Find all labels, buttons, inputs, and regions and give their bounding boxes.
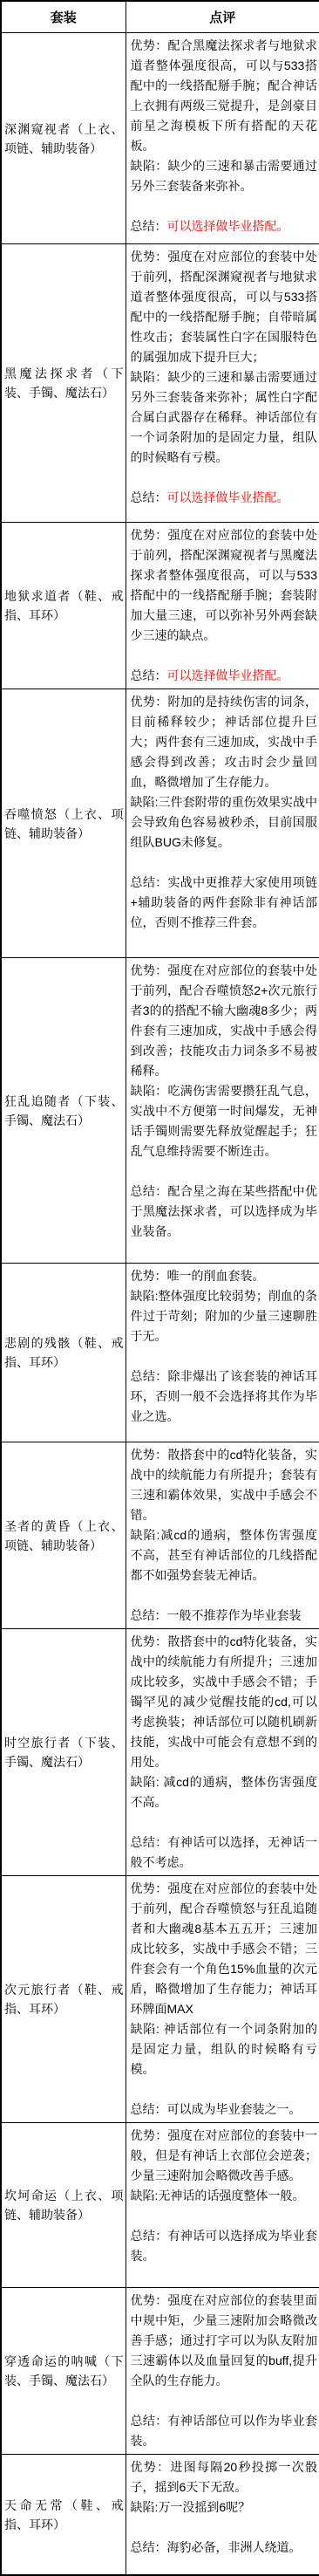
- set-name: 悲剧的残骸（鞋、戒指、耳环）: [1, 1264, 126, 1442]
- table-row: 圣者的黄昏（上衣、项链、辅助装备） 优势：散搭套中的cd特化装备，实战中的续航能…: [1, 1442, 319, 1629]
- summary-text: 可以选择做毕业搭配。: [167, 219, 289, 233]
- table-row: 悲剧的残骸（鞋、戒指、耳环） 优势：唯一的削血套装。 缺陷:整体强度比较弱势；削…: [1, 1264, 319, 1442]
- review-summary: 总结：有神话部位可以作为毕业套装。: [131, 2411, 318, 2451]
- header-set-column: 套装: [1, 1, 126, 33]
- set-name: 时空旅行者（下装、手镯、魔法石）: [1, 1629, 126, 1876]
- review-cons: 缺陷:减cd的通病，整体伤害强度不高，甚至有神话部位的几线搭配都不如强势套装无神…: [131, 1525, 318, 1586]
- summary-label: 总结：: [131, 1369, 168, 1383]
- summary-label: 总结：: [131, 1184, 168, 1198]
- set-name: 次元旅行者（鞋、戒指、耳环）: [1, 1876, 126, 2123]
- summary-label: 总结：: [131, 2102, 167, 2116]
- review-cons: 缺陷:万一没摇到6呢？: [131, 2497, 318, 2518]
- review-summary: 总结：海豹必备，非洲人绕道。: [131, 2538, 318, 2558]
- review-cell: 优势：强度在对应部位的套装里面中规中矩，少量三速附加会略微改善手感；通过打字可以…: [126, 2288, 319, 2455]
- table-row: 天命无常（鞋、戒指、耳环） 优势：进图每隔20秒投掷一次骰子，摇到6天下无敌。 …: [1, 2455, 319, 2576]
- review-cell: 优势：强度在对应部位的套装中一般，但是有神话上衣部位会逆袭；少量三速附加会略微改…: [126, 2123, 319, 2288]
- review-cell: 优势：强度在对应部位的套装中处于前列，搭配深渊窥视者与地狱求道者整体强度很高，可…: [126, 244, 319, 523]
- review-cons: 缺陷:无神话的话强度整体一般。: [131, 2186, 318, 2206]
- review-cons: 缺陷：缺少的三速和暴击需要通过另外三套装备来弥补。: [131, 156, 318, 196]
- review-pros: 优势：散搭套中的cd特化装备，实战中的续航能力有所提升；套装有三速和霸体效果，实…: [131, 1445, 318, 1525]
- review-cons: 缺陷:三件套附带的重伤效果实战中会导致角色容易被秒杀，目前国服组队BUG未修复。: [131, 792, 318, 853]
- review-pros: 优势：强度在对应部位的套装中处于前列，搭配深渊窥视者与黑魔法探求者整体强度很高，…: [131, 525, 318, 646]
- review-summary: 总结：实战中更推荐大家使用项链+辅助装备的两件套除非有神话部位，否则不推荐三件套…: [131, 873, 318, 933]
- table-row: 时空旅行者（下装、手镯、魔法石） 优势：散搭套中的cd特化装备，实战中的续航能力…: [1, 1629, 319, 1876]
- review-cell: 优势：强度在对应部位的套装中处于前列，搭配深渊窥视者与黑魔法探求者整体强度很高，…: [126, 523, 319, 689]
- summary-label: 总结：: [131, 1608, 167, 1622]
- set-name: 圣者的黄昏（上衣、项链、辅助装备）: [1, 1442, 126, 1629]
- review-pros: 优势：唯一的削血套装。: [131, 1266, 318, 1286]
- header-review-column: 点评: [126, 1, 319, 33]
- review-pros: 优势：配合黑魔法探求者与地狱求道者整体强度很高，可以与533搭配中的一线搭配掰手…: [131, 36, 318, 156]
- review-pros: 优势：强度在对应部位的套装中处于前列，搭配深渊窥视者与地狱求道者整体强度很高，可…: [131, 247, 318, 367]
- review-pros: 优势：散搭套中的cd特化装备，实战中的续航能力有所提升；三速加成比较多，实战中手…: [131, 1632, 318, 1772]
- review-summary: 总结：除非爆出了该套装的神话耳环，否则一般不会选择将其作为毕业之选。: [131, 1367, 318, 1427]
- review-summary: 总结：可以选择做毕业搭配。: [131, 488, 318, 508]
- summary-label: 总结：: [131, 2229, 168, 2243]
- table-row: 深渊窥视者（上衣、项链、辅助装备） 优势：配合黑魔法探求者与地狱求道者整体强度很…: [1, 33, 319, 244]
- summary-text: 可以成为毕业套装之一。: [167, 2102, 302, 2116]
- table-row: 狂乱追随者（下装、手镯、魔法石） 优势：强度在对应部位的套装中处于前列，配合吞噬…: [1, 958, 319, 1264]
- review-summary: 总结：可以选择做毕业搭配。: [131, 216, 318, 236]
- summary-text: 一般不推荐作为毕业套装: [167, 1608, 302, 1622]
- review-cell: 优势：散搭套中的cd特化装备，实战中的续航能力有所提升；三速加成比较多，实战中手…: [126, 1629, 319, 1876]
- set-name: 吞噬愤怒（上衣、项链、辅助装备）: [1, 689, 126, 958]
- review-cell: 优势：散搭套中的cd特化装备，实战中的续航能力有所提升；套装有三速和霸体效果，实…: [126, 1442, 319, 1629]
- review-cell: 优势：唯一的削血套装。 缺陷:整体强度比较弱势；削血的条件过于苛刻；附加的少量三…: [126, 1264, 319, 1442]
- review-pros: 优势：附加的是持续伤害的词条，目前稀释较少；神话部位提升巨大；两件套有三速加成，…: [131, 692, 318, 792]
- table-row: 坎坷命运（上衣、项链、辅助装备） 优势：强度在对应部位的套装中一般，但是有神话上…: [1, 2123, 319, 2288]
- review-cons: 缺陷：吃满伤害需要攒狂乱气息，实战中不方便第一时间爆发，无神话手镯则需要先释放觉…: [131, 1081, 318, 1161]
- summary-label: 总结：: [131, 490, 167, 504]
- review-cell: 优势：进图每隔20秒投掷一次骰子，摇到6天下无敌。 缺陷:万一没摇到6呢？ 总结…: [126, 2455, 319, 2576]
- summary-label: 总结：: [131, 219, 167, 233]
- review-summary: 总结：一般不推荐作为毕业套装: [131, 1606, 318, 1626]
- review-cell: 优势：强度在对应部位的套装中处于前列，配合吞噬愤怒与狂乱追随者和大幽魂8基本五五…: [126, 1876, 319, 2123]
- table-row: 黑魔法探求者（下装、手镯、魔法石） 优势：强度在对应部位的套装中处于前列，搭配深…: [1, 244, 319, 523]
- set-name: 地狱求道者（鞋、戒指、耳环）: [1, 523, 126, 689]
- set-name: 坎坷命运（上衣、项链、辅助装备）: [1, 2123, 126, 2288]
- review-summary: 总结：有神话可以选择成为毕业套装。: [131, 2226, 318, 2266]
- review-cell: 优势：强度在对应部位的套装中处于前列，配合吞噬愤怒2+次元旅行者3的的搭配不输大…: [126, 958, 319, 1264]
- summary-label: 总结：: [131, 2414, 168, 2428]
- page: 套装 点评 深渊窥视者（上衣、项链、辅助装备） 优势：配合黑魔法探求者与地狱求道…: [0, 0, 319, 2576]
- review-cons: 缺陷:整体强度比较弱势；削血的条件过于苛刻；附加的少量三速聊胜于无。: [131, 1286, 318, 1346]
- summary-label: 总结：: [131, 668, 167, 682]
- set-name: 深渊窥视者（上衣、项链、辅助装备）: [1, 33, 126, 244]
- review-pros: 优势：强度在对应部位的套装里面中规中矩，少量三速附加会略微改善手感；通过打字可以…: [131, 2291, 318, 2391]
- set-name: 黑魔法探求者（下装、手镯、魔法石）: [1, 244, 126, 523]
- summary-label: 总结：: [131, 875, 168, 889]
- review-cons: 缺陷: 神话部位有一个词条附加的是固定力量，组队的时候略有亏模。: [131, 2019, 318, 2079]
- review-summary: 总结：可以成为毕业套装之一。: [131, 2100, 318, 2120]
- set-name: 天命无常（鞋、戒指、耳环）: [1, 2455, 126, 2576]
- review-cell: 优势：配合黑魔法探求者与地狱求道者整体强度很高，可以与533搭配中的一线搭配掰手…: [126, 33, 319, 244]
- equipment-set-review-table: 套装 点评 深渊窥视者（上衣、项链、辅助装备） 优势：配合黑魔法探求者与地狱求道…: [0, 0, 319, 2576]
- review-pros: 优势：强度在对应部位的套装中一般，但是有神话上衣部位会逆袭；少量三速附加会略微改…: [131, 2126, 318, 2186]
- review-summary: 总结：有神话可以选择，无神话一般不考虑。: [131, 1833, 318, 1873]
- review-summary: 总结：可以选择做毕业搭配。: [131, 666, 318, 686]
- table-row: 吞噬愤怒（上衣、项链、辅助装备） 优势：附加的是持续伤害的词条，目前稀释较少；神…: [1, 689, 319, 958]
- review-pros: 优势：强度在对应部位的套装中处于前列，配合吞噬愤怒与狂乱追随者和大幽魂8基本五五…: [131, 1879, 318, 2019]
- review-cons: 缺陷: 减cd的通病，整体伤害强度不高。: [131, 1772, 318, 1812]
- review-cell: 优势：附加的是持续伤害的词条，目前稀释较少；神话部位提升巨大；两件套有三速加成，…: [126, 689, 319, 958]
- table-row: 次元旅行者（鞋、戒指、耳环） 优势：强度在对应部位的套装中处于前列，配合吞噬愤怒…: [1, 1876, 319, 2123]
- review-summary: 总结：配合星之海在某些搭配中优于黑魔法探求者，可以选择成为毕业装备。: [131, 1182, 318, 1242]
- summary-text: 海豹必备，非洲人绕道。: [167, 2540, 302, 2554]
- header-row: 套装 点评: [1, 1, 319, 33]
- review-pros: 优势：强度在对应部位的套装中处于前列，配合吞噬愤怒2+次元旅行者3的的搭配不输大…: [131, 961, 318, 1081]
- review-cons: 缺陷：缺少的三速和暴击需要通过另外三套装备来弥补；属性白字配合属白武器存在稀释。…: [131, 367, 318, 468]
- summary-label: 总结：: [131, 1835, 168, 1849]
- summary-text: 可以选择做毕业搭配。: [167, 490, 289, 504]
- summary-label: 总结：: [131, 2540, 167, 2554]
- table-row: 地狱求道者（鞋、戒指、耳环） 优势：强度在对应部位的套装中处于前列，搭配深渊窥视…: [1, 523, 319, 689]
- review-pros: 优势：进图每隔20秒投掷一次骰子，摇到6天下无敌。: [131, 2457, 318, 2497]
- set-name: 穿透命运的呐喊（下装、手镯、魔法石）: [1, 2288, 126, 2455]
- set-name: 狂乱追随者（下装、手镯、魔法石）: [1, 958, 126, 1264]
- table-row: 穿透命运的呐喊（下装、手镯、魔法石） 优势：强度在对应部位的套装里面中规中矩，少…: [1, 2288, 319, 2455]
- summary-text: 可以选择做毕业搭配。: [167, 668, 289, 682]
